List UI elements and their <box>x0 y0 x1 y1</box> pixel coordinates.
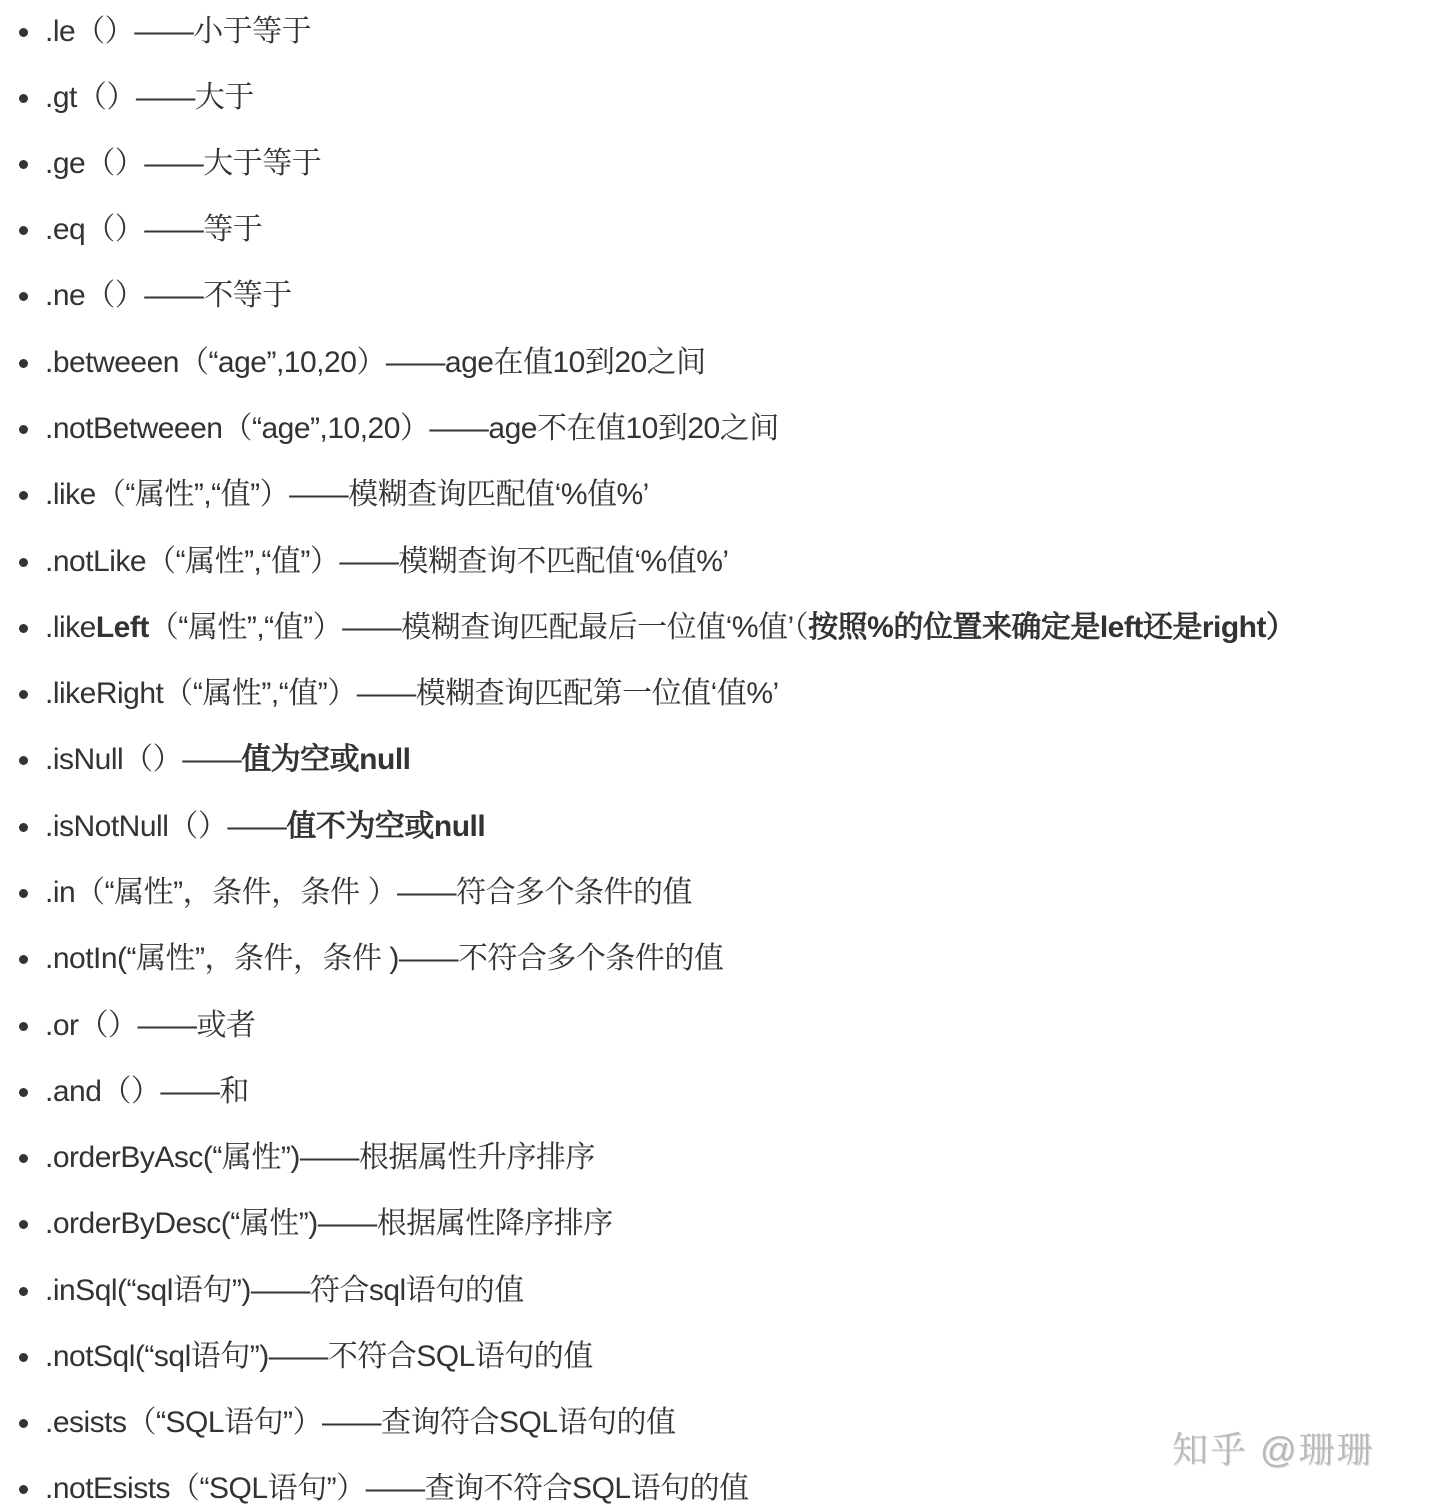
separator: —— <box>397 876 456 909</box>
method-name: .notBetweeen（“age”,10,20） <box>45 412 429 445</box>
list-item-text: .betweeen（“age”,10,20）——age在值10到20之间 <box>45 343 706 383</box>
list-item-text: .ne（）——不等于 <box>45 276 292 316</box>
method-name: .notEsists（“SQL语句”） <box>45 1472 366 1505</box>
method-name-bold: Left <box>96 611 149 644</box>
method-name: .betweeen（“age”,10,20） <box>45 346 386 379</box>
method-desc: age不在值10到20之间 <box>488 412 778 445</box>
bullet-icon <box>19 491 28 500</box>
bullet-icon <box>19 955 28 964</box>
list-item-text: .notIn(“属性”，条件，条件 )——不符合多个条件的值 <box>45 939 723 979</box>
bullet-icon <box>19 823 28 832</box>
bullet-icon <box>19 94 28 103</box>
bullet-icon <box>19 1485 28 1494</box>
list-item-text: .notLike（“属性”,“值”）——模糊查询不匹配值‘%值%’ <box>45 542 729 582</box>
method-name: .or（） <box>45 1009 138 1042</box>
bullet-icon <box>19 690 28 699</box>
method-desc-bold: 按照%的位置来确定是left还是right） <box>808 611 1295 644</box>
method-name: .eq（） <box>45 213 144 246</box>
method-desc: 小于等于 <box>193 15 311 48</box>
list-item-text: .isNull（）——值为空或null <box>45 740 411 780</box>
bullet-icon <box>19 1088 28 1097</box>
bullet-icon <box>19 558 28 567</box>
list-item-text: .likeRight（“属性”,“值”）——模糊查询匹配第一位值‘值%’ <box>45 674 779 714</box>
method-name: .gt（） <box>45 81 136 114</box>
list-item-text: .ge（）——大于等于 <box>45 144 321 184</box>
method-desc: 根据属性升序排序 <box>359 1141 595 1174</box>
separator: —— <box>134 15 193 48</box>
separator: —— <box>144 213 203 246</box>
separator: —— <box>227 810 286 843</box>
bullet-icon <box>19 624 28 633</box>
method-name: .notLike（“属性”,“值”） <box>45 545 339 578</box>
method-desc: 不等于 <box>203 279 292 312</box>
bullet-icon <box>19 28 28 37</box>
method-desc: 大于等于 <box>203 147 321 180</box>
bullet-icon <box>19 1287 28 1296</box>
zhihu-watermark: 知乎 @珊珊 <box>1172 1422 1375 1473</box>
separator: —— <box>251 1274 310 1307</box>
separator: —— <box>322 1406 381 1439</box>
method-name: .isNull（） <box>45 743 182 776</box>
list-item-text: .notSql(“sql语句”)——不符合SQL语句的值 <box>45 1337 593 1377</box>
list-item-text: .esists（“SQL语句”）——查询符合SQL语句的值 <box>45 1403 676 1443</box>
list-item-text: .and（）——和 <box>45 1072 249 1112</box>
separator: —— <box>318 1207 377 1240</box>
bullet-icon <box>19 226 28 235</box>
separator: —— <box>160 1075 219 1108</box>
separator: —— <box>269 1340 328 1373</box>
method-name: .isNotNull（） <box>45 810 227 843</box>
list-item-text: .or（）——或者 <box>45 1006 256 1046</box>
list-item-text: .isNotNull（）——值不为空或null <box>45 807 485 847</box>
method-name: .ne（） <box>45 279 144 312</box>
list-item-text: .orderByAsc(“属性”)——根据属性升序排序 <box>45 1138 595 1178</box>
bullet-icon <box>19 160 28 169</box>
list-item-text: .inSql(“sql语句”)——符合sql语句的值 <box>45 1271 524 1311</box>
list-item-text: .gt（）——大于 <box>45 78 254 118</box>
separator: —— <box>136 81 195 114</box>
method-desc: 查询符合SQL语句的值 <box>381 1406 676 1439</box>
bullet-icon <box>19 756 28 765</box>
method-name: .le（） <box>45 15 134 48</box>
separator: —— <box>289 478 348 511</box>
separator: —— <box>399 942 458 975</box>
method-desc: 不符合多个条件的值 <box>458 942 724 975</box>
list-item-text: .orderByDesc(“属性”)——根据属性降序排序 <box>45 1204 613 1244</box>
method-desc: 模糊查询不匹配值‘%值%’ <box>398 545 728 578</box>
list-item-text: .like（“属性”,“值”）——模糊查询匹配值‘%值%’ <box>45 475 649 515</box>
method-desc: 根据属性降序排序 <box>377 1207 613 1240</box>
method-desc: 符合sql语句的值 <box>310 1274 524 1307</box>
method-name: .notIn(“属性”，条件，条件 ) <box>45 942 399 975</box>
method-desc-bold: 值为空或null <box>241 743 410 776</box>
separator: —— <box>300 1141 359 1174</box>
separator: —— <box>144 147 203 180</box>
separator: —— <box>182 743 241 776</box>
method-desc: 等于 <box>203 213 262 246</box>
separator: —— <box>144 279 203 312</box>
bullet-icon <box>19 292 28 301</box>
method-name: .notSql(“sql语句”) <box>45 1340 269 1373</box>
method-desc: age在值10到20之间 <box>445 346 706 379</box>
method-name: .likeRight（“属性”,“值”） <box>45 677 357 710</box>
method-desc: 或者 <box>197 1009 256 1042</box>
method-desc: 模糊查询匹配第一位值‘值%’ <box>416 677 779 710</box>
method-name: .orderByDesc(“属性”) <box>45 1207 318 1240</box>
list-item-text: .notBetweeen（“age”,10,20）——age不在值10到20之间 <box>45 409 779 449</box>
bullet-icon <box>19 1353 28 1362</box>
list-item-text: .notEsists（“SQL语句”）——查询不符合SQL语句的值 <box>45 1469 749 1507</box>
separator: —— <box>386 346 445 379</box>
method-name: .inSql(“sql语句”) <box>45 1274 251 1307</box>
separator: —— <box>138 1009 197 1042</box>
list-item-text: .le（）——小于等于 <box>45 12 311 52</box>
method-name-suffix: （“属性”,“值”） <box>149 611 342 644</box>
method-desc: 和 <box>219 1075 249 1108</box>
bullet-icon <box>19 1022 28 1031</box>
method-desc: 模糊查询匹配最后一位值‘%值’（ <box>401 611 808 644</box>
method-name: .and（） <box>45 1075 160 1108</box>
separator: —— <box>429 412 488 445</box>
separator: —— <box>339 545 398 578</box>
list-item-text: .likeLeft（“属性”,“值”）——模糊查询匹配最后一位值‘%值’（按照%… <box>45 608 1296 648</box>
method-name: .in（“属性”，条件，条件 ） <box>45 876 397 909</box>
bullet-icon <box>19 889 28 898</box>
method-desc: 查询不符合SQL语句的值 <box>425 1472 749 1505</box>
bullet-icon <box>19 359 28 368</box>
method-name: .orderByAsc(“属性”) <box>45 1141 300 1174</box>
method-name: .esists（“SQL语句”） <box>45 1406 322 1439</box>
bullet-icon <box>19 1419 28 1428</box>
method-desc: 模糊查询匹配值‘%值%’ <box>348 478 649 511</box>
list-item-text: .eq（）——等于 <box>45 210 262 250</box>
separator: —— <box>357 677 416 710</box>
separator: —— <box>366 1472 425 1505</box>
method-desc: 符合多个条件的值 <box>456 876 692 909</box>
method-desc: 不符合SQL语句的值 <box>328 1340 593 1373</box>
method-desc: 大于 <box>195 81 254 114</box>
list-item-text: .in（“属性”，条件，条件 ）——符合多个条件的值 <box>45 873 692 913</box>
bullet-icon <box>19 1154 28 1163</box>
bullet-icon <box>19 1220 28 1229</box>
separator: —— <box>342 611 401 644</box>
method-name-prefix: .like <box>45 611 96 644</box>
method-name: .ge（） <box>45 147 144 180</box>
method-desc-bold: 值不为空或null <box>286 810 485 843</box>
method-name: .like（“属性”,“值”） <box>45 478 289 511</box>
bullet-icon <box>19 425 28 434</box>
